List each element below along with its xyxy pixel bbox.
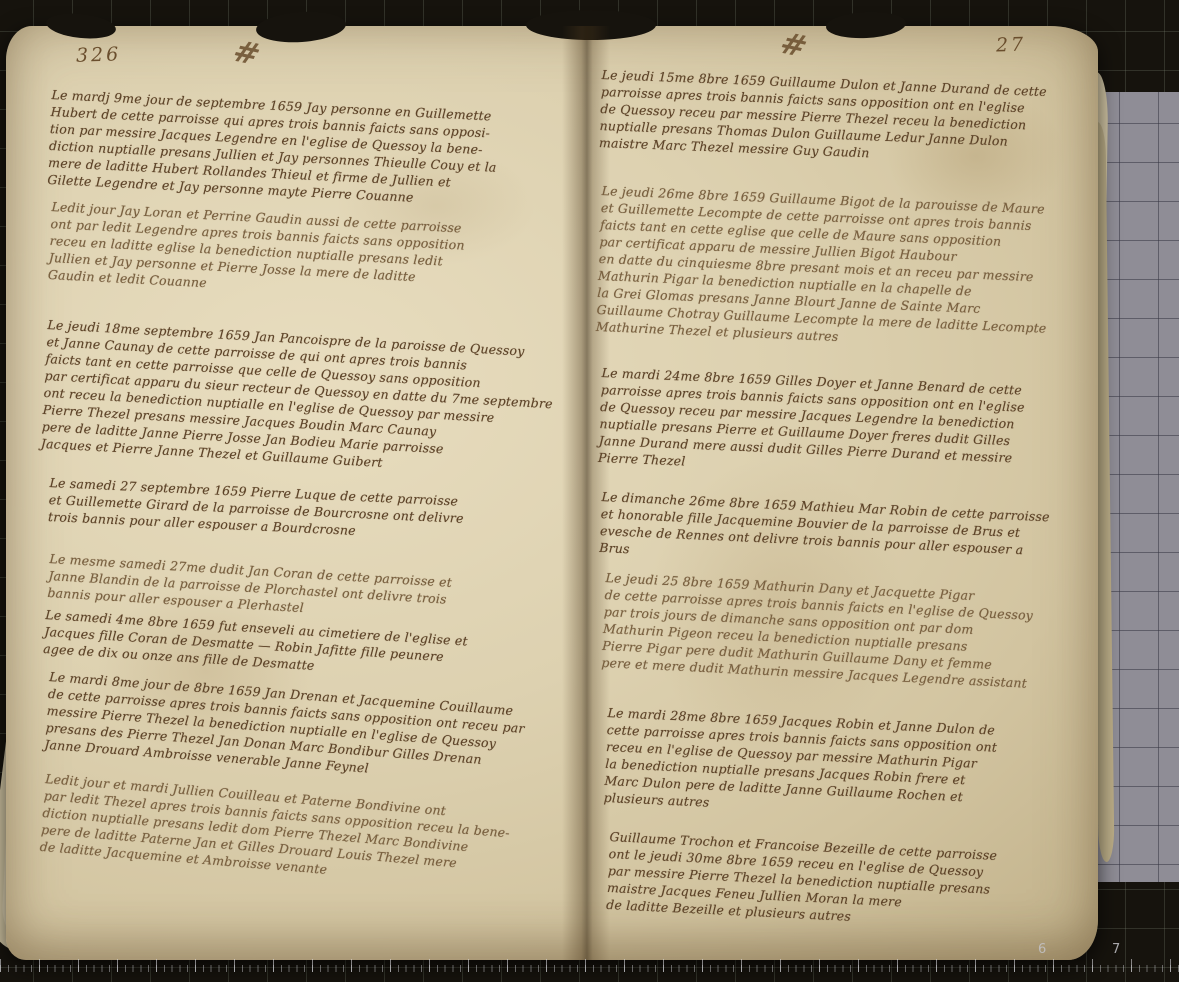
right-page-number: 27 — [996, 33, 1027, 56]
register-entry: Le dimanche 26me 8bre 1659 Mathieu Mar R… — [599, 488, 1067, 577]
register-entry: Le jeudi 25 8bre 1659 Mathurin Dany et J… — [601, 569, 1065, 693]
register-entry: Le mardi 28me 8bre 1659 Jacques Robin et… — [603, 704, 1062, 827]
manuscript-book: 326 # Le mardj 9me jour de septembre 165… — [6, 26, 1098, 960]
ruler-number-6: 6 — [1038, 942, 1046, 957]
register-entry: Ledit jour et mardi Jullien Couilleau et… — [39, 770, 549, 895]
left-page-number: 326 — [76, 43, 122, 67]
open-page-spread: 326 # Le mardj 9me jour de septembre 165… — [6, 26, 1098, 960]
mat-ruler: 6 7 — [0, 956, 1179, 982]
right-collation-mark: # — [775, 26, 813, 64]
right-page: 27 # Le jeudi 15me 8bre 1659 Guillaume D… — [566, 26, 1066, 960]
register-entry: Ledit jour Jay Loran et Perrine Gaudin a… — [48, 198, 552, 309]
register-entry: Le samedi 27 septembre 1659 Pierre Luque… — [48, 474, 550, 548]
ruler-mm-ticks — [0, 965, 1179, 972]
register-entry: Le jeudi 15me 8bre 1659 Guillaume Dulon … — [599, 66, 1062, 169]
ruler-number-7: 7 — [1112, 942, 1120, 957]
left-page: 326 # Le mardj 9me jour de septembre 165… — [6, 26, 566, 960]
register-entry: Guillaume Trochon et Francoise Bezeille … — [606, 828, 1065, 935]
register-entry: Le mardj 9me jour de septembre 1659 Jay … — [47, 86, 556, 213]
register-entry: Le mardi 8me jour de 8bre 1659 Jan Drena… — [44, 668, 559, 790]
register-entry: Le jeudi 18me septembre 1659 Jan Pancois… — [40, 316, 557, 480]
register-entry: Le mardi 24me 8bre 1659 Gilles Doyer et … — [598, 364, 1062, 485]
left-collation-mark: # — [228, 34, 266, 72]
register-entry: Le jeudi 26me 8bre 1659 Guillaume Bigot … — [596, 182, 1062, 354]
